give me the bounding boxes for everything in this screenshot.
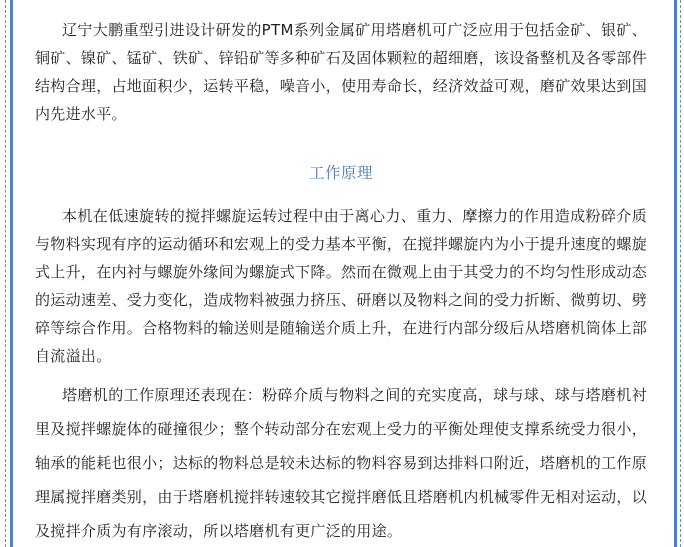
left-dashed-border xyxy=(5,0,6,547)
left-accent-bar xyxy=(10,0,13,547)
article-body: 辽宁大鹏重型引进设计研发的PTM系列金属矿用塔磨机可广泛应用于包括金矿、银矿、铜… xyxy=(35,16,647,547)
section-heading: 工作原理 xyxy=(35,162,647,184)
right-accent-bar xyxy=(674,0,677,547)
intro-paragraph: 辽宁大鹏重型引进设计研发的PTM系列金属矿用塔磨机可广泛应用于包括金矿、银矿、铜… xyxy=(35,16,647,128)
right-dashed-border xyxy=(680,0,681,547)
principle-paragraph-1: 本机在低速旋转的搅拌螺旋运转过程中由于离心力、重力、摩擦力的作用造成粉碎介质与物… xyxy=(35,202,647,370)
principle-paragraph-2: 塔磨机的工作原理还表现在：粉碎介质与物料之间的充实度高，球与球、球与塔磨机衬里及… xyxy=(35,378,647,547)
